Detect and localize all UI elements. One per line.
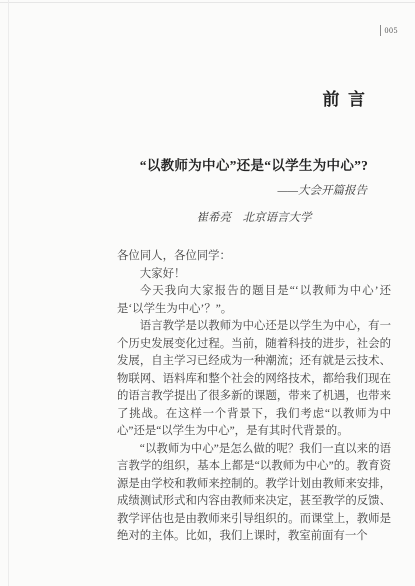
book-page: 005 前 言 “以教师为中心”还是“以学生为中心”? ——大会开篇报告 崔希亮… (0, 0, 415, 586)
report-title: “以教师为中心”还是“以学生为中心”? (104, 154, 404, 174)
paragraph: 今天我向大家报告的题目是“‘以教师为中心’还是‘以学生为中心’？”。 (117, 283, 391, 318)
report-subtitle: ——大会开篇报告 (117, 182, 391, 198)
paragraph: 各位同人，各位同学： (117, 248, 391, 266)
page-number: 005 (380, 25, 399, 36)
body-paragraphs: 各位同人，各位同学：大家好！今天我向大家报告的题目是“‘以教师为中心’还是‘以学… (117, 248, 391, 546)
paragraph: 语言教学是以教师为中心还是以学生为中心，有一个历史发展变化过程。当前，随着科技的… (117, 318, 391, 441)
paragraph: “以教师为中心”是怎么做的呢？我们一直以来的语言教学的组织，基本上都是“以教师为… (117, 441, 391, 546)
report-author: 崔希亮 北京语言大学 (117, 209, 391, 225)
paragraph: 大家好！ (117, 266, 391, 284)
chapter-heading: 前 言 (0, 85, 415, 110)
scan-edge-top-line (0, 2, 415, 3)
